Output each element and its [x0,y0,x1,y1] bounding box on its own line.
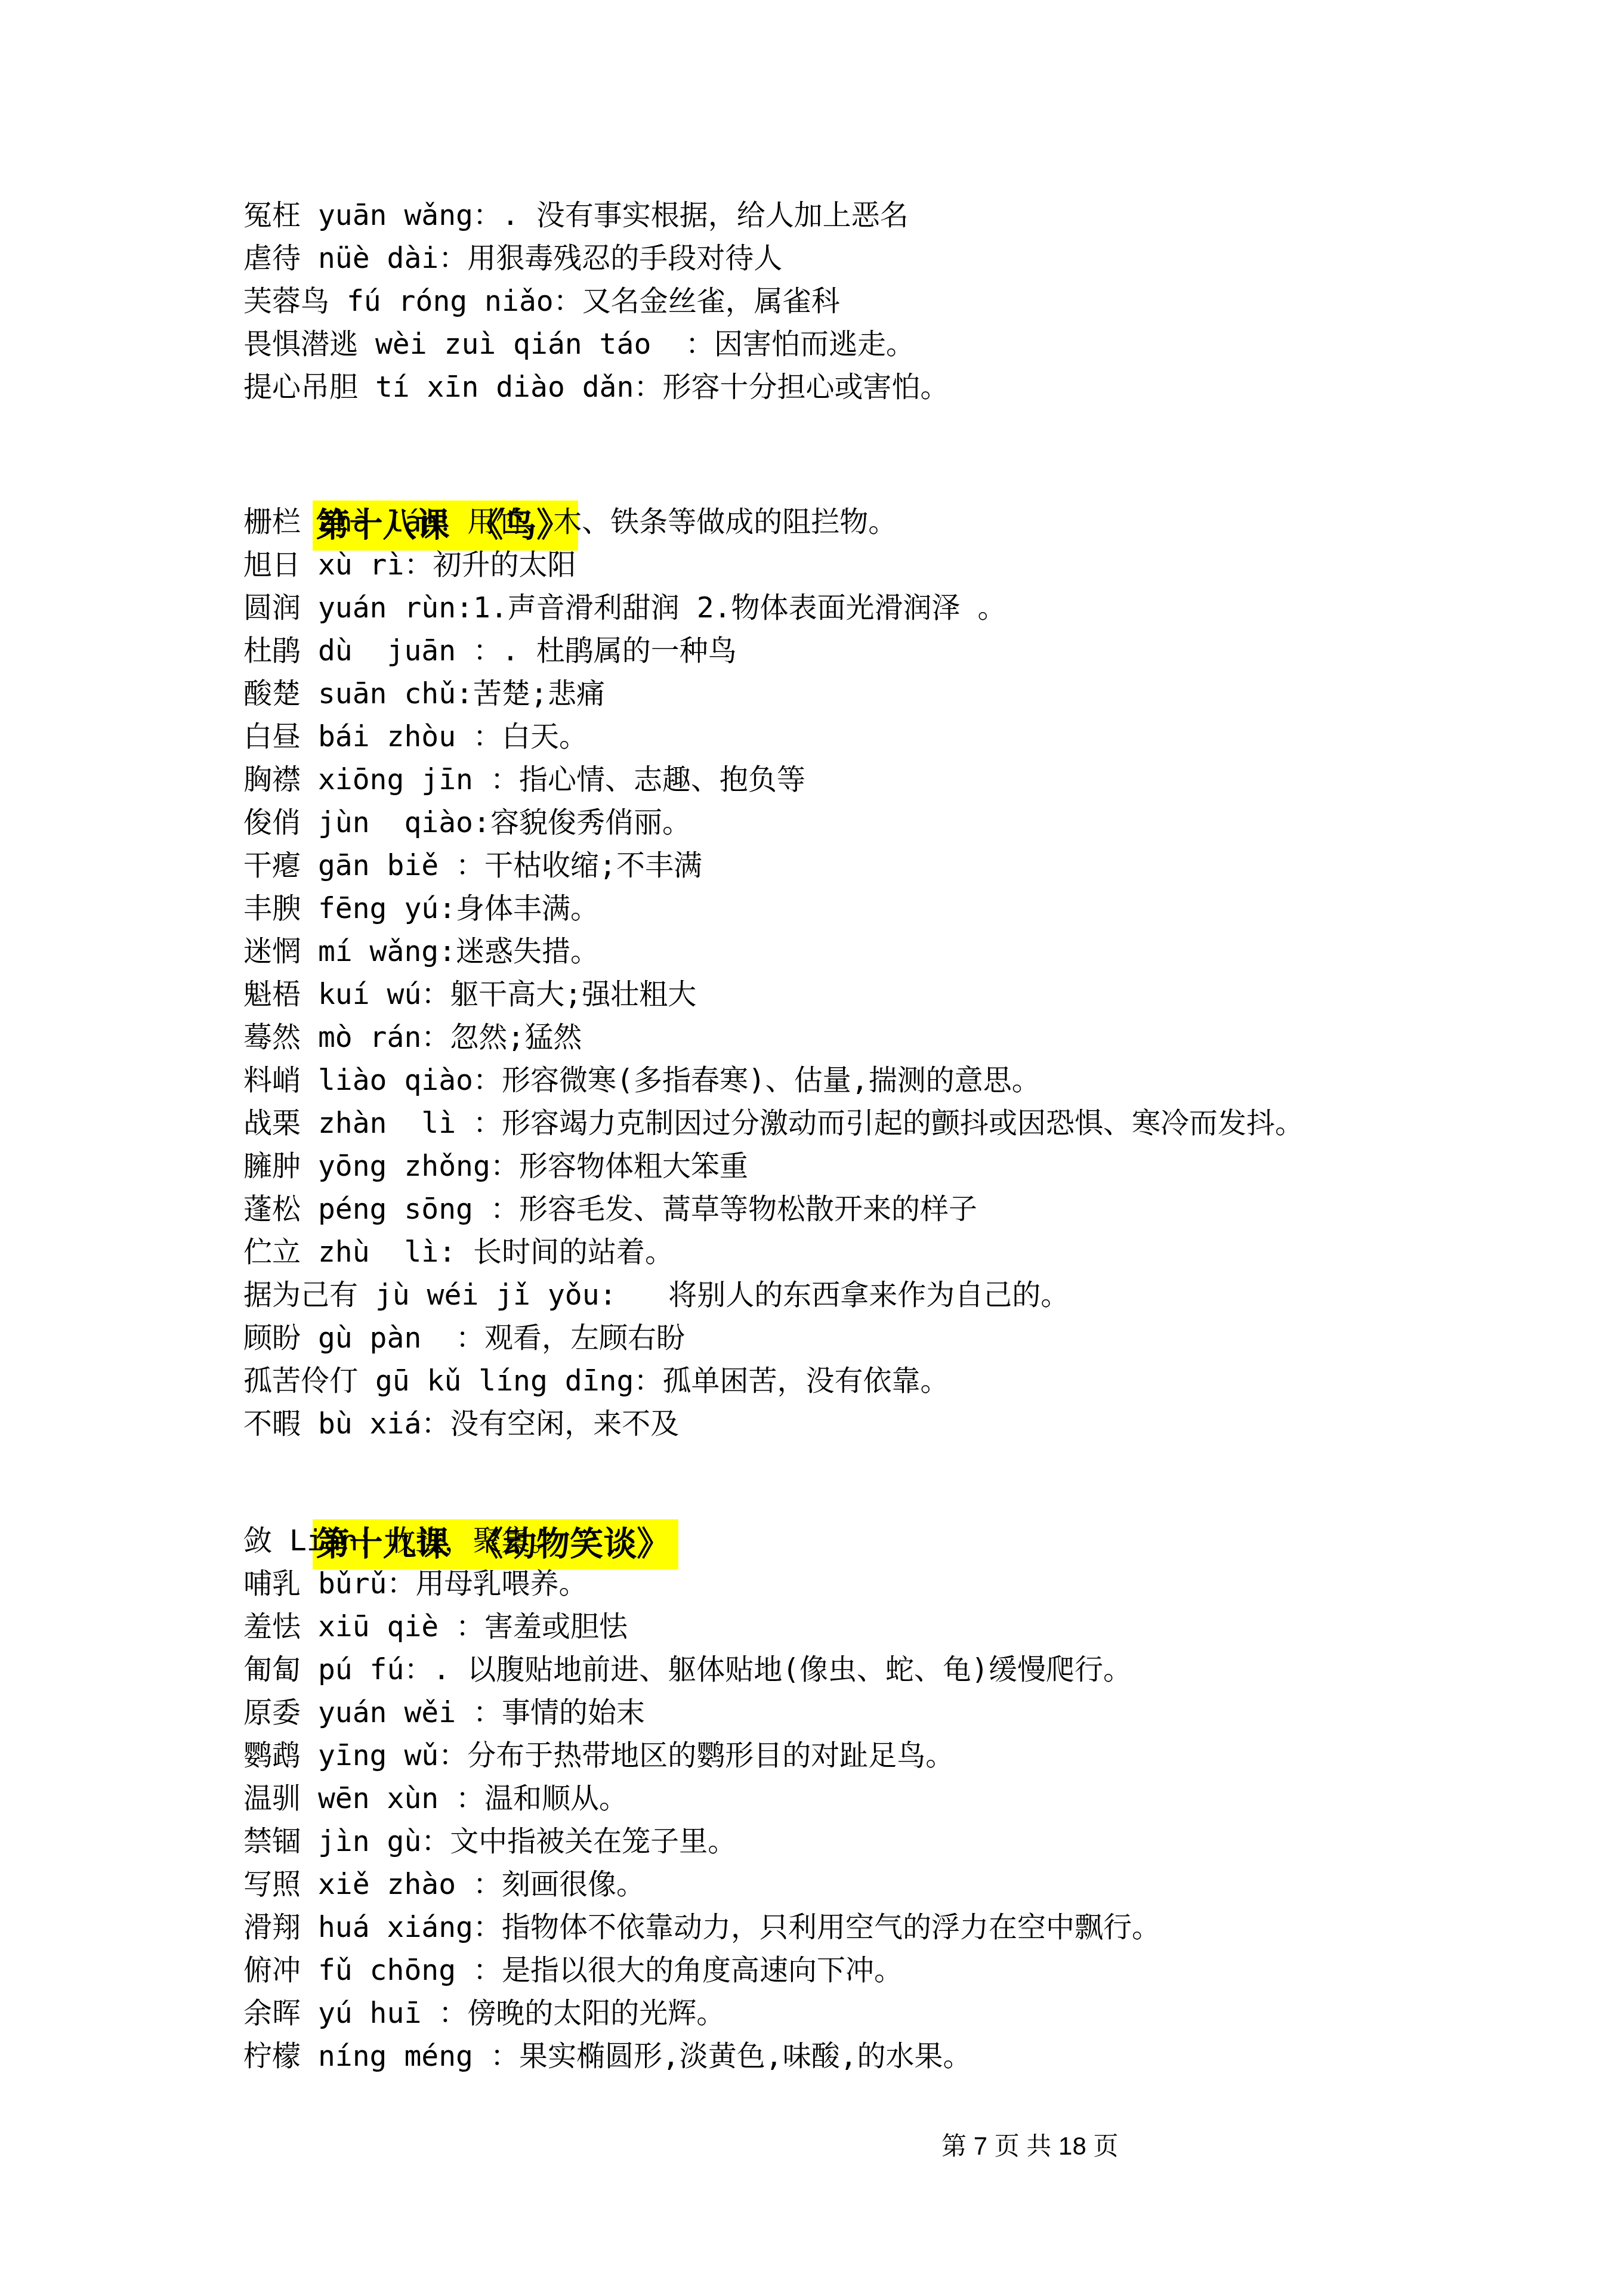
section-header: 第十八课 《鸟》 [243,450,1556,500]
vocab-line: 臃肿 yōng zhǒng：形容物体粗大笨重 [243,1145,1556,1188]
vocab-line: 迷惘 mí wǎng:迷惑失措。 [243,930,1556,973]
vocab-line: 鹦鹉 yīng wǔ：分布于热带地区的鹦形目的对趾足鸟。 [243,1734,1556,1777]
vocab-line: 柠檬 níng méng ：果实椭圆形,淡黄色,味酸,的水果。 [243,2035,1556,2078]
vocab-line: 圆润 yuán rùn:1.声音滑利甜润 2.物体表面光滑润泽 。 [243,586,1556,629]
vocab-line: 丰腴 fēng yú:身体丰满。 [243,887,1556,930]
vocab-line: 栅栏 zhà lán：用竹、木、铁条等做成的阻拦物。 [243,500,1556,543]
vocab-line: 干瘪 gān biě ：干枯收缩;不丰满 [243,844,1556,887]
page-footer: 第 7 页 共 18 页 [941,2131,1118,2162]
vocab-line: 蓬松 péng sōng ：形容毛发、蒿草等物松散开来的样子 [243,1188,1556,1231]
vocab-line: 余晖 yú huī ：傍晚的太阳的光辉。 [243,1992,1556,2035]
vocab-line: 敛 Liǎn：收拢，聚集。 [243,1519,1556,1562]
section-entries: 栅栏 zhà lán：用竹、木、铁条等做成的阻拦物。 旭日 xù rì：初升的太… [243,500,1556,1445]
vocab-line: 温驯 wēn xùn ：温和顺从。 [243,1777,1556,1820]
lesson-section: 第十九课 《动物笑谈》 敛 Liǎn：收拢，聚集。 哺乳 bǔrǔ：用母乳喂养。… [243,1469,1556,2078]
vocab-line: 料峭 liào qiào：形容微寒(多指春寒)、估量,揣测的意思。 [243,1059,1556,1102]
vocab-line: 提心吊胆 tí xīn diào dǎn：形容十分担心或害怕。 [243,366,1556,409]
vocab-line: 孤苦伶仃 gū kǔ líng dīng：孤单困苦，没有依靠。 [243,1359,1556,1402]
lesson-sections: 第十八课 《鸟》 栅栏 zhà lán：用竹、木、铁条等做成的阻拦物。 旭日 x… [243,450,1556,2078]
vocab-line: 酸楚 suān chǔ:苦楚;悲痛 [243,672,1556,715]
lesson-section: 第十八课 《鸟》 栅栏 zhà lán：用竹、木、铁条等做成的阻拦物。 旭日 x… [243,450,1556,1445]
vocab-line: 白昼 bái zhòu ：白天。 [243,715,1556,758]
vocab-line: 顾盼 gù pàn ：观看，左顾右盼 [243,1317,1556,1359]
vocab-line: 据为己有 jù wéi jǐ yǒu: 将别人的东西拿来作为自己的。 [243,1274,1556,1317]
vocab-line: 哺乳 bǔrǔ：用母乳喂养。 [243,1562,1556,1605]
vocab-line: 羞怯 xiū qiè ：害羞或胆怯 [243,1605,1556,1648]
vocab-line: 旭日 xù rì：初升的太阳 [243,543,1556,586]
vocab-line: 冤枉 yuān wǎng：. 没有事实根据，给人加上恶名 [243,194,1556,237]
vocab-line: 滑翔 huá xiáng：指物体不依靠动力，只利用空气的浮力在空中飘行。 [243,1906,1556,1949]
vocab-line: 不暇 bù xiá：没有空闲，来不及 [243,1402,1556,1445]
section-header: 第十九课 《动物笑谈》 [243,1469,1556,1519]
vocab-line: 虐待 nüè dài：用狠毒残忍的手段对待人 [243,237,1556,280]
intro-block: 冤枉 yuān wǎng：. 没有事实根据，给人加上恶名 虐待 nüè dài：… [243,194,1556,409]
vocab-line: 伫立 zhù lì: 长时间的站着。 [243,1231,1556,1274]
section-entries: 敛 Liǎn：收拢，聚集。 哺乳 bǔrǔ：用母乳喂养。 羞怯 xiū qiè … [243,1519,1556,2078]
vocab-line: 畏惧潜逃 wèi zuì qián táo ：因害怕而逃走。 [243,323,1556,366]
vocab-line: 俊俏 jùn qiào:容貌俊秀俏丽。 [243,801,1556,844]
vocab-line: 俯冲 fǔ chōng ：是指以很大的角度高速向下冲。 [243,1949,1556,1992]
vocab-line: 原委 yuán wěi ：事情的始末 [243,1691,1556,1734]
vocab-line: 匍匐 pú fú：. 以腹贴地前进、躯体贴地(像虫、蛇、龟)缓慢爬行。 [243,1648,1556,1691]
vocab-line: 禁锢 jìn gù：文中指被关在笼子里。 [243,1820,1556,1863]
vocab-line: 杜鹃 dù juān ：. 杜鹃属的一种鸟 [243,629,1556,672]
vocab-line: 蓦然 mò rán：忽然;猛然 [243,1016,1556,1059]
vocab-line: 写照 xiě zhào ：刻画很像。 [243,1863,1556,1906]
vocab-line: 魁梧 kuí wú：躯干高大;强壮粗大 [243,973,1556,1016]
vocab-line: 芙蓉鸟 fú róng niǎo：又名金丝雀，属雀科 [243,280,1556,323]
vocab-line: 战栗 zhàn lì ：形容竭力克制因过分激动而引起的颤抖或因恐惧、寒冷而发抖。 [243,1102,1556,1145]
document-content: 冤枉 yuān wǎng：. 没有事实根据，给人加上恶名 虐待 nüè dài：… [243,194,1556,2078]
vocab-line: 胸襟 xiōng jīn ：指心情、志趣、抱负等 [243,758,1556,801]
